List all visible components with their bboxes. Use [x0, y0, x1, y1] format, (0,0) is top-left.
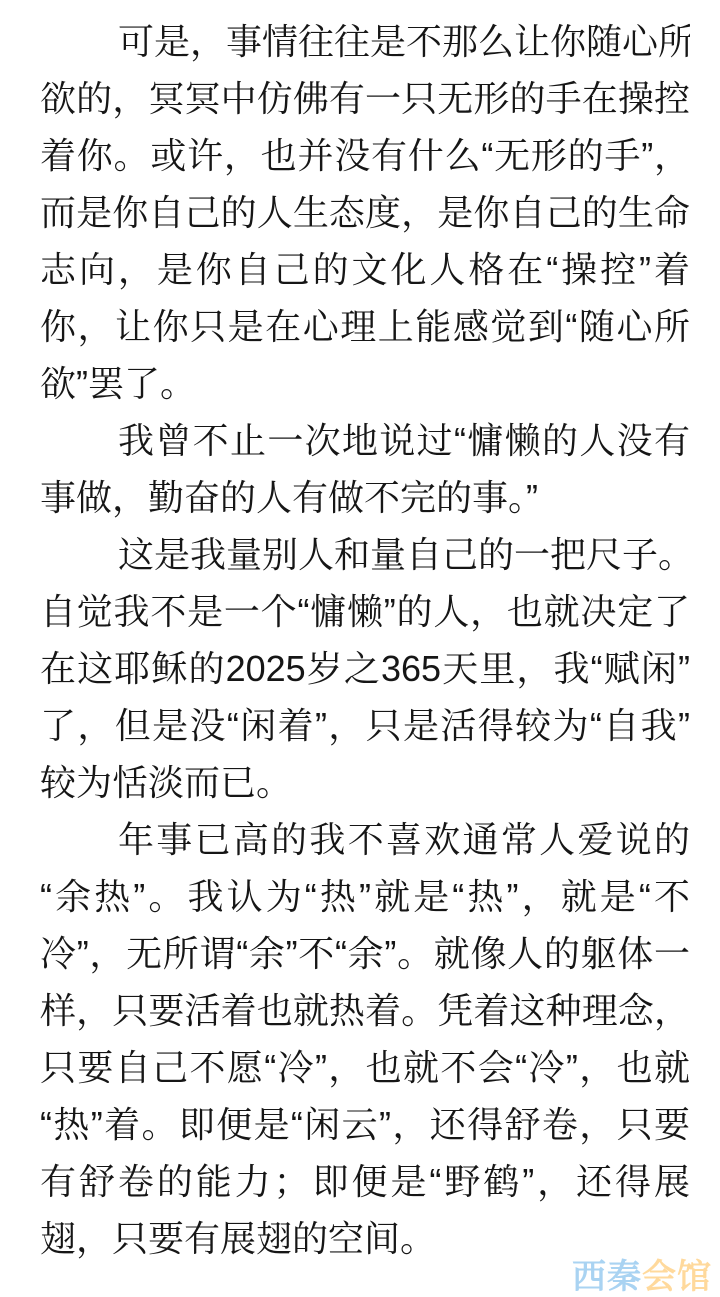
text-line: 你，让你只是在心理上能感觉到“随心所	[40, 298, 690, 355]
text-line: 有舒卷的能力；即便是“野鹤”，还得展	[40, 1153, 690, 1210]
text-line: “余热”。我认为“热”就是“热”，就是“不	[40, 868, 690, 925]
paragraph: 可是，事情往往是不那么让你随心所 欲的，冥冥中仿佛有一只无形的手在操控 着你。或…	[40, 13, 690, 412]
watermark-text-xiqin: 西秦	[572, 1258, 642, 1296]
text-line: 欲的，冥冥中仿佛有一只无形的手在操控	[40, 70, 690, 127]
text-line: 这是我量别人和量自己的一把尺子。	[40, 526, 690, 583]
text-line: 只要自己不愿“冷”，也就不会“冷”，也就	[40, 1039, 690, 1096]
watermark-text-huiguan: 会馆	[642, 1258, 712, 1296]
article-body: 可是，事情往往是不那么让你随心所 欲的，冥冥中仿佛有一只无形的手在操控 着你。或…	[0, 0, 720, 1267]
watermark: 西秦会馆	[572, 1257, 712, 1297]
text-line: 欲”罢了。	[40, 355, 690, 412]
paragraph: 我曾不止一次地说过“慵懒的人没有 事做，勤奋的人有做不完的事。”	[40, 412, 690, 526]
text-line: 可是，事情往往是不那么让你随心所	[40, 13, 690, 70]
text-line: 样，只要活着也就热着。凭着这种理念，	[40, 982, 690, 1039]
paragraph: 这是我量别人和量自己的一把尺子。 自觉我不是一个“慵懒”的人，也就决定了 在这耶…	[40, 526, 690, 811]
text-line: 着你。或许，也并没有什么“无形的手”，	[40, 127, 690, 184]
text-line: “热”着。即便是“闲云”，还得舒卷，只要	[40, 1096, 690, 1153]
text-line: 年事已高的我不喜欢通常人爱说的	[40, 811, 690, 868]
text-line: 而是你自己的人生态度，是你自己的生命	[40, 184, 690, 241]
text-line: 在这耶稣的2025岁之365天里，我“赋闲”	[40, 640, 690, 697]
text-line: 较为恬淡而已。	[40, 754, 690, 811]
paragraph: 年事已高的我不喜欢通常人爱说的 “余热”。我认为“热”就是“热”，就是“不 冷”…	[40, 811, 690, 1267]
text-line: 事做，勤奋的人有做不完的事。”	[40, 469, 690, 526]
text-line: 志向，是你自己的文化人格在“操控”着	[40, 241, 690, 298]
text-line: 自觉我不是一个“慵懒”的人，也就决定了	[40, 583, 690, 640]
text-line: 我曾不止一次地说过“慵懒的人没有	[40, 412, 690, 469]
text-line: 了，但是没“闲着”，只是活得较为“自我”	[40, 697, 690, 754]
text-line: 冷”，无所谓“余”不“余”。就像人的躯体一	[40, 925, 690, 982]
